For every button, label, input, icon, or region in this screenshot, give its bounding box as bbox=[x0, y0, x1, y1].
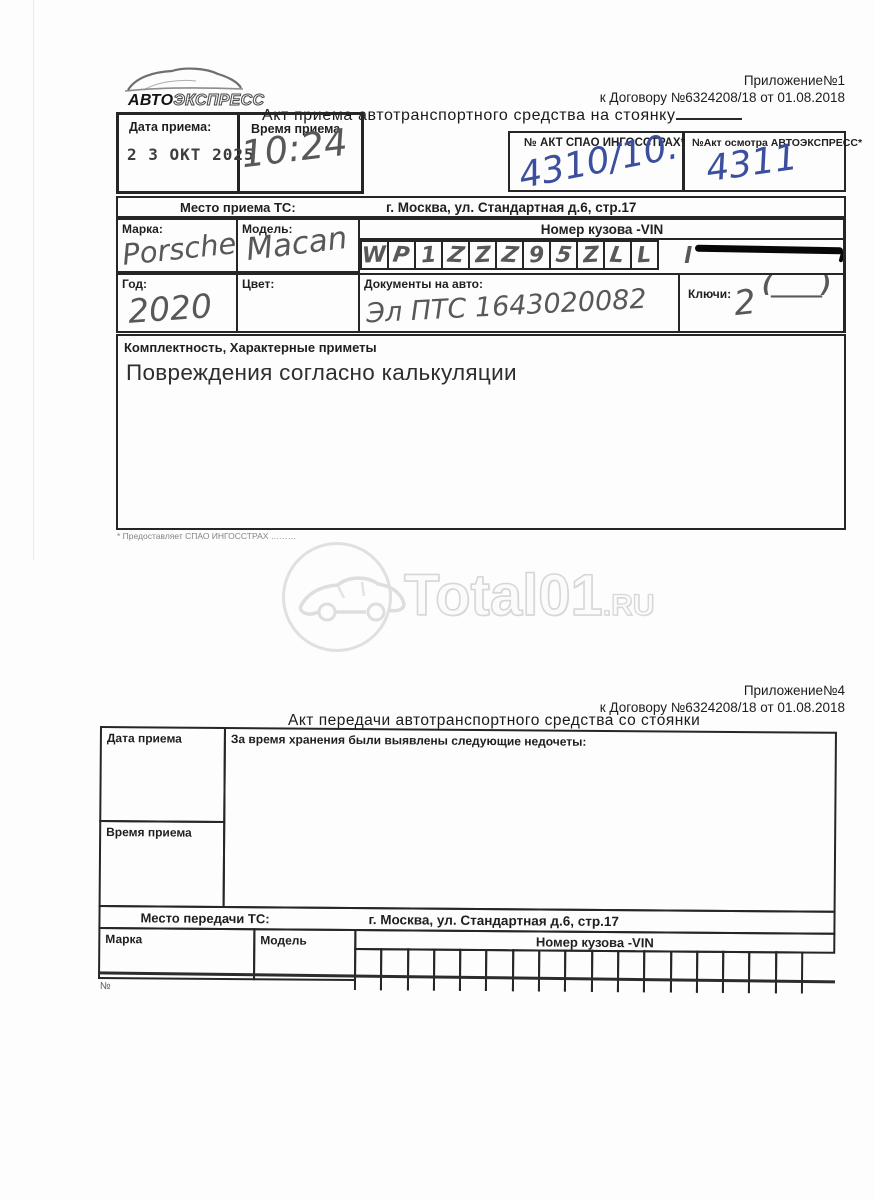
form2-defects-cell: За время хранения были выявлены следующи… bbox=[223, 727, 837, 913]
vin-cell-empty bbox=[591, 950, 620, 992]
vin-label: Номер кузова -VIN bbox=[360, 222, 844, 237]
logo-text-light: ЭКСПРЕСС bbox=[173, 92, 264, 109]
watermark-text: Total01.RU bbox=[404, 562, 654, 629]
documents-label: Документы на авто: bbox=[364, 277, 483, 291]
vin-cell: 1 bbox=[414, 240, 443, 270]
vin-char: Z bbox=[500, 242, 520, 268]
title-underline bbox=[676, 104, 742, 120]
year-label: Год: bbox=[122, 277, 147, 291]
act-numbers-box: № АКТ СПАО ИНГОССТРАХ* №Акт осмотра АВТО… bbox=[508, 131, 846, 192]
form2-appendix: Приложение№4 bbox=[600, 682, 845, 699]
vin-cell-empty bbox=[512, 949, 541, 991]
year-handwritten-value: 2020 bbox=[127, 286, 214, 331]
vin-cell-empty bbox=[696, 951, 725, 993]
vin-cell-empty bbox=[669, 950, 698, 992]
vin-cell-empty bbox=[433, 949, 462, 991]
car-in-magnifier-icon bbox=[292, 568, 412, 628]
form2-appendix-block: Приложение№4 к Договору №6324208/18 от 0… bbox=[600, 682, 845, 716]
form2-date-cell: Дата приема bbox=[99, 726, 226, 823]
vin-cell-empty bbox=[775, 951, 804, 993]
vin-cell-empty bbox=[485, 949, 514, 991]
vin-cell: Z bbox=[495, 240, 524, 270]
vin-redaction-strike bbox=[695, 245, 843, 255]
vin-cell-empty bbox=[380, 948, 409, 990]
marka-cell: Марка: Porsche bbox=[116, 218, 238, 273]
keys-handwritten-value: 2 bbox=[732, 282, 758, 324]
vin-cells-form1: WP1ZZZ95ZLL bbox=[360, 240, 657, 272]
form2-model-label: Модель bbox=[260, 933, 307, 947]
vin-cell: Z bbox=[576, 240, 605, 270]
vin-header-cell: Номер кузова -VIN bbox=[358, 218, 846, 240]
vin-char: Z bbox=[446, 242, 466, 268]
equipment-label: Комплектность, Характерные приметы bbox=[124, 340, 377, 355]
documents-cell: Документы на авто: Эл ПТС 1643020082 bbox=[358, 273, 680, 333]
vin-cell: Z bbox=[468, 240, 497, 270]
form2-marka-label: Марка bbox=[105, 932, 142, 946]
cut-corner-fragment: № bbox=[100, 981, 111, 992]
form2-table: Дата приема Время приема За время хранен… bbox=[98, 726, 837, 998]
place-label: Место приема ТС: bbox=[180, 200, 296, 215]
vin-cell: 5 bbox=[549, 240, 578, 270]
vin-cell-empty bbox=[617, 950, 646, 992]
form1-appendix: Приложение№1 bbox=[600, 72, 845, 89]
watermark: Total01.RU bbox=[282, 542, 652, 660]
vin-char: 1 bbox=[420, 242, 437, 268]
model-cell: Модель: Macan bbox=[236, 218, 360, 273]
vin-cell-empty bbox=[459, 949, 488, 991]
vin-char: P bbox=[391, 242, 411, 268]
autoexpress-logo: АВТОЭКСПРЕСС bbox=[122, 66, 247, 99]
vin-cell: P bbox=[387, 240, 416, 270]
vin-cell-empty bbox=[748, 951, 777, 993]
logo-text-bold: АВТО bbox=[128, 92, 173, 109]
vin-char: L bbox=[609, 242, 627, 268]
keys-cell: Ключи: 2 (_____) bbox=[678, 273, 846, 333]
vin-cell: W bbox=[360, 240, 389, 270]
vin-cell-empty bbox=[564, 950, 593, 992]
vin-cell: L bbox=[630, 240, 659, 270]
scanned-document-page: АВТОЭКСПРЕСС Приложение№1 к Договору №63… bbox=[0, 0, 875, 1200]
place-address: г. Москва, ул. Стандартная д.6, стр.17 bbox=[386, 200, 636, 215]
vin-overflow-char: l bbox=[684, 244, 692, 269]
vin-cell-empty bbox=[643, 950, 672, 992]
keys-label: Ключи: bbox=[688, 287, 731, 301]
form2-defects-label: За время хранения были выявлены следующи… bbox=[231, 732, 587, 749]
color-cell: Цвет: bbox=[236, 273, 360, 333]
vin-char: Z bbox=[474, 242, 491, 268]
equipment-value: Повреждения согласно калькуляции bbox=[126, 360, 517, 386]
watermark-main: Total01 bbox=[404, 563, 603, 628]
form2-time-cell: Время приема bbox=[99, 820, 226, 908]
footnote: * Предоставляет СПАО ИНГОССТРАХ ……… bbox=[117, 531, 417, 541]
date-label: Дата приема: bbox=[129, 120, 211, 134]
vin-cell-empty bbox=[407, 948, 436, 990]
vin-cell: L bbox=[603, 240, 632, 270]
vin-cell: 9 bbox=[522, 240, 551, 270]
keys-brackets-mark: (_____) bbox=[762, 273, 830, 298]
form2-date-label: Дата приема bbox=[107, 731, 182, 746]
form1-appendix-block: Приложение№1 к Договору №6324208/18 от 0… bbox=[600, 72, 845, 106]
vin-cell: Z bbox=[441, 240, 470, 270]
form2-time-label: Время приема bbox=[106, 825, 192, 840]
vin-cell-empty bbox=[722, 951, 751, 993]
year-cell: Год: 2020 bbox=[116, 273, 238, 333]
form2-place-address: г. Москва, ул. Стандартная д.6, стр.17 bbox=[368, 912, 619, 929]
car-sketch-icon bbox=[122, 66, 247, 94]
equipment-notes-box: Комплектность, Характерные приметы Повре… bbox=[116, 334, 846, 530]
logo-wordmark: АВТОЭКСПРЕСС bbox=[128, 92, 264, 110]
vin-char: W bbox=[362, 242, 388, 268]
vin-char: 5 bbox=[554, 242, 573, 268]
vin-char: 9 bbox=[528, 242, 545, 268]
color-label: Цвет: bbox=[242, 277, 274, 291]
date-stamp: 2 3 ОКТ 2025 bbox=[127, 145, 255, 164]
vin-char: Z bbox=[582, 242, 599, 268]
date-time-box: Дата приема: Время приема 2 3 ОКТ 2025 1… bbox=[116, 112, 364, 194]
vin-cell-empty bbox=[354, 948, 383, 990]
form2-place-label: Место передачи ТС: bbox=[140, 910, 269, 926]
scan-edge-artifact bbox=[33, 0, 34, 560]
place-of-acceptance-row: Место приема ТС: г. Москва, ул. Стандарт… bbox=[116, 196, 846, 218]
vin-cells-form2 bbox=[354, 948, 801, 994]
watermark-suffix: .RU bbox=[603, 589, 655, 622]
vin-char: L bbox=[637, 242, 652, 268]
vin-cell-empty bbox=[538, 949, 567, 991]
